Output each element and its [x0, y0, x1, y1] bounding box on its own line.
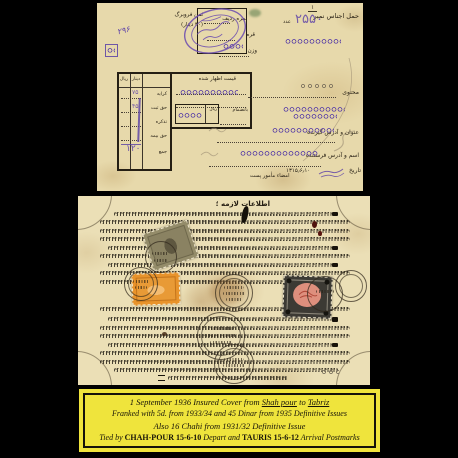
instruction-line — [108, 263, 332, 267]
postal-form-front: ثمن فروبرگ (۴۰ دینار) نمره ردیف قره ۲۹۶ … — [97, 3, 363, 191]
handwritten-value: ۲۹۶ — [116, 25, 131, 37]
instruction-line — [114, 212, 332, 216]
declared-value-header: قیمت اظهار شده — [199, 76, 236, 82]
declared-value-box: قیمت اظهار شده ریال بانضمام — [170, 72, 252, 129]
end-mark — [158, 375, 165, 381]
pencil-note — [300, 83, 336, 89]
depart-postmark-name: CHAH-POUR 15-6-10 — [125, 433, 202, 442]
green-smudge — [249, 9, 261, 17]
instructions-header: اطلاعات لازمه ؛ — [216, 200, 270, 208]
caption-line-4: Tied by CHAH-POUR 15-6-10 Depart and TAU… — [79, 433, 380, 442]
charge-row-label: جمع — [159, 150, 167, 155]
corner-arc — [78, 351, 112, 385]
origin-name: Shah pour — [262, 397, 297, 407]
charge-row-label: حق بیمه — [150, 134, 167, 139]
ink-blot — [318, 231, 322, 236]
sender-leader — [209, 158, 321, 167]
rial-header: ریال — [120, 77, 128, 82]
charges-table: دینار ریال کرایه حق ثبت تذکره حق بیمه جم… — [117, 72, 172, 171]
instruction-line — [108, 246, 332, 250]
caption-line-3: Also 16 Chahi from 1931/32 Definitive Is… — [79, 421, 380, 431]
ink-blot — [162, 332, 167, 336]
pencil-notation — [321, 369, 339, 375]
address-handwriting — [285, 38, 341, 45]
date-label: تاریخ — [349, 167, 361, 174]
dinar-header: دینار — [132, 77, 140, 82]
corner-arc — [336, 351, 370, 385]
content-leader — [248, 89, 336, 98]
serial-unit: عدد — [283, 19, 291, 25]
photo-canvas: ثمن فروبرگ (۴۰ دینار) نمره ردیف قره ۲۹۶ … — [0, 0, 458, 458]
postmark — [145, 241, 177, 273]
rial-sub-box: ریال — [175, 104, 219, 124]
annex-label: بانضمام — [233, 108, 249, 113]
recipient-leader — [217, 134, 335, 143]
postal-form-back: اطلاعات لازمه ؛ — [78, 196, 370, 385]
caption-plate: 1 September 1936 Insured Cover from Shah… — [79, 389, 380, 452]
recipient-handwriting — [272, 127, 334, 134]
destination-name: Tabriz — [308, 397, 329, 407]
handwriting-scribble — [107, 47, 115, 54]
declared-value-handwriting — [180, 89, 238, 96]
ink-blot — [312, 221, 317, 228]
postmark-cachet — [215, 274, 253, 312]
caption-line-2: Franked with 5d. from 1933/34 and 45 Din… — [79, 409, 380, 418]
charge-row-label: کرایه — [157, 92, 167, 97]
charge-row-label: تذکره — [156, 120, 167, 125]
charge-hand-amount: ۷۵ — [132, 89, 138, 96]
charge-row-label: حق ثبت — [151, 106, 167, 111]
content-label: محتوی — [342, 89, 359, 96]
postmark-cachet — [214, 344, 254, 384]
instruction-line — [100, 229, 350, 233]
caption-line-1: 1 September 1936 Insured Cover from Shah… — [79, 397, 380, 407]
rial-sub-label: ریال — [209, 106, 217, 111]
serial-fraction: ۱ — [308, 4, 317, 12]
signature-label: امضاء مأمور پست — [250, 173, 290, 179]
serial-value-handwritten: ۲۵۵۰ — [295, 12, 323, 27]
charge-hand-total: ۱۲۰ — [126, 144, 141, 154]
sender-handwriting — [240, 150, 318, 157]
address-handwriting — [283, 106, 345, 113]
instruction-line — [100, 237, 350, 241]
arrival-postmark-name: TAURIS 15-6-12 — [242, 433, 299, 442]
corner-arc — [336, 196, 370, 230]
corner-arc — [78, 196, 112, 230]
address-handwriting — [293, 113, 337, 120]
instruction-line — [100, 254, 350, 258]
postmark — [335, 270, 367, 302]
postmark — [124, 267, 158, 301]
